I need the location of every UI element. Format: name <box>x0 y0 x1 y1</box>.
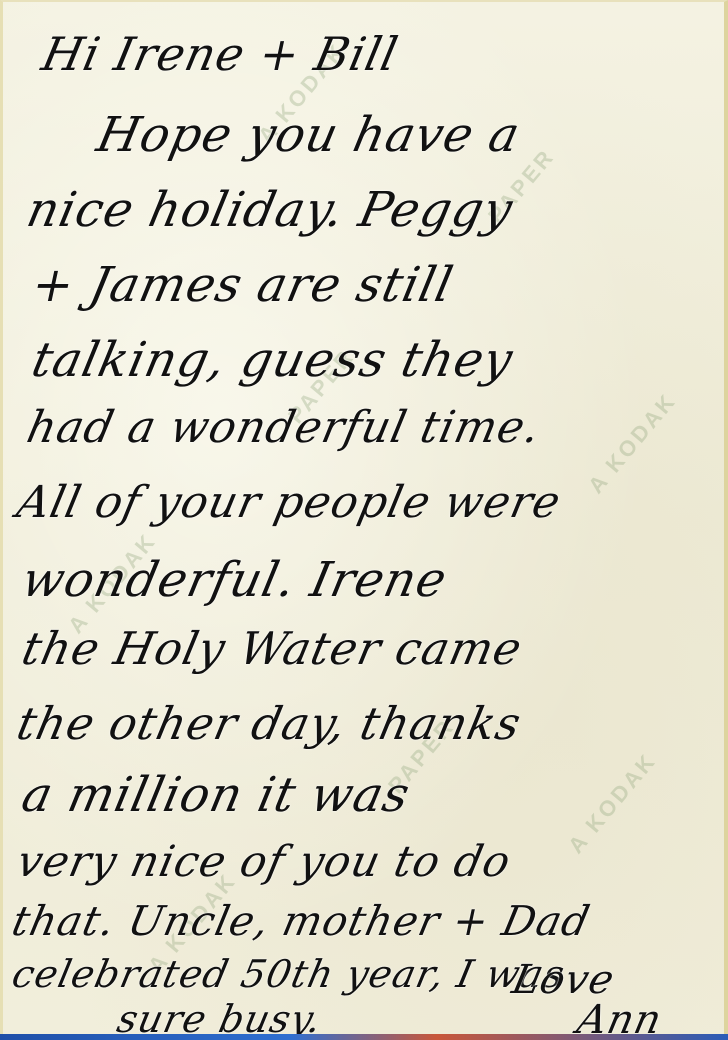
letter-line: All of your people were <box>13 477 566 528</box>
letter-line: had a wonderful time. <box>23 402 546 453</box>
letter-line: the other day, thanks <box>12 697 526 750</box>
letter-paper: A KODAK PAPER A KODAK PAPER A KODAK PAPE… <box>0 0 728 1034</box>
letter-line: the Holy Water came <box>17 622 527 675</box>
kodak-watermark: A KODAK <box>583 388 682 499</box>
letter-greeting: Hi Irene + Bill <box>37 27 403 81</box>
letter-line: Hope you have a <box>92 107 525 163</box>
letter-line: nice holiday. Peggy <box>22 182 518 238</box>
letter-line: celebrated 50th year, I was <box>8 952 569 996</box>
kodak-watermark: A KODAK <box>563 748 662 859</box>
letter-line: + James are still <box>27 257 458 313</box>
letter-line: wonderful. Irene <box>17 552 452 608</box>
letter-line: talking, guess they <box>27 332 518 388</box>
scan-edge-strip <box>0 1034 728 1040</box>
letter-line: that. Uncle, mother + Dad <box>8 897 595 945</box>
letter-line: very nice of you to do <box>13 837 516 887</box>
letter-line: a million it was <box>17 767 415 823</box>
